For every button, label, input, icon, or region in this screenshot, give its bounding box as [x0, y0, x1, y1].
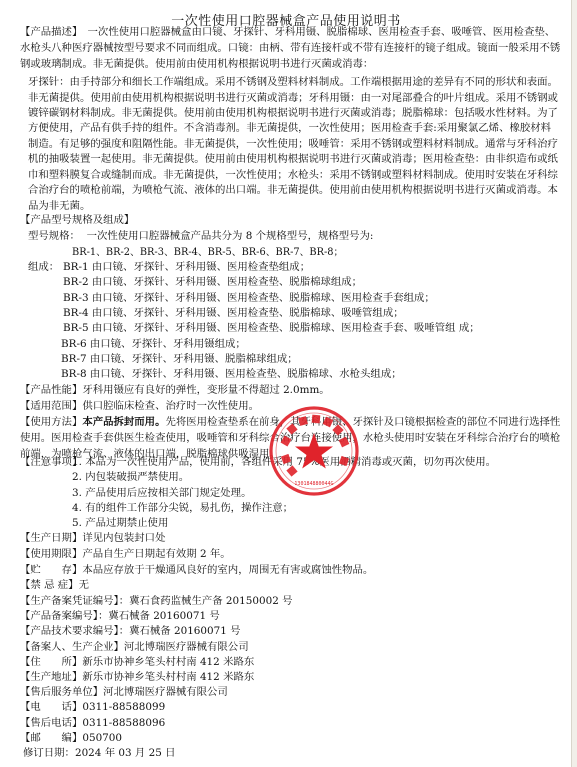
info-label: 【生产地址】: [20, 671, 82, 683]
info-row-tech-requirements: 【产品技术要求编号】：冀石械备 20160071 号: [20, 624, 241, 639]
info-row-phone: 【电 话】0311-88588099: [20, 700, 165, 715]
performance-row: 【产品性能】牙科用镊应有良好的弹性，变形量不得超过 2.0mm。: [20, 383, 330, 398]
composition-label: 组成：: [28, 260, 59, 275]
info-value: 新乐市协神乡笔头村村南 412 米路东: [82, 656, 254, 668]
composition-br6: BR-6 由口镜、牙探针、牙科用镊组成；: [61, 337, 246, 352]
description-line-2: 钢或玻璃制成。非无菌提供。使用前由使用机构根据说明书进行灭菌或消毒：: [20, 57, 373, 72]
info-label: 【售后服务单位】: [20, 686, 103, 698]
performance-text: 牙科用镊应有良好的弹性，变形量不得超过 2.0mm。: [82, 384, 329, 396]
info-label: 【备案人、生产企业】: [20, 641, 124, 653]
composition-br7: BR-7 由口镜、牙探针、牙科用镊、脱脂棉球组成；: [61, 352, 298, 367]
description-line-3: 牙探针：由手持部分和细长工作端组成。采用不锈钢及塑料材料制成。工作端根据用途的差…: [28, 75, 558, 90]
composition-br8: BR-8 由口镜、牙探针、牙科用镊、医用检查垫、脱脂棉球、水枪头组成；: [61, 367, 402, 382]
description-line-1: 水枪头八种医疗器械按型号要求不同而组成。口镜：由柄、带有连接杆或不带有连接杆的镜…: [20, 41, 560, 56]
info-value: 无: [79, 579, 89, 591]
description-text: 一次性使用口腔器械盒由口镜、牙探针、牙科用镊、脱脂棉球、医用检查手套、吸唾管、医…: [77, 26, 555, 38]
composition-br1: BR-1 由口镜、牙探针、牙科用镊、医用检查垫组成；: [63, 260, 310, 275]
info-value: 0311-88588096: [82, 717, 165, 729]
info-value: 050700: [82, 732, 122, 744]
scope-row: 【适用范围】供口腔临床检查、治疗时一次性使用。: [20, 399, 259, 414]
description-line-7: 制造。有足够的强度和阻隔性能。非无菌提供，一次性使用；吸唾管：采用不锈钢或塑料材…: [28, 137, 558, 152]
scope-text: 供口腔临床检查、治疗时一次性使用。: [82, 400, 259, 412]
company-seal-icon: 130184880044G: [268, 405, 360, 497]
description-line-9: 巾和塑料膜复合或缝制而成。非无菌提供，一次性使用；水枪头：采用不锈钢或塑料材料制…: [28, 168, 558, 183]
info-row-residence: 【住 所】新乐市协神乡笔头村村南 412 米路东: [20, 655, 254, 670]
composition-br3: BR-3 由口镜、牙探针、牙科用镊、医用检查垫、脱脂棉球、医用检查手套组成；: [63, 291, 435, 306]
info-label: 【电 话】: [20, 701, 82, 713]
info-label: 【使用期限】: [20, 548, 82, 560]
scope-label: 【适用范围】: [20, 400, 82, 412]
info-row-after-sales-unit: 【售后服务单位】河北博瑞医疗器械有限公司: [20, 685, 228, 700]
info-row-production-date: 【生产日期】详见内包装封口处: [20, 531, 165, 546]
description-label: 【产品描述】: [20, 26, 77, 38]
description-line-0: 【产品描述】 一次性使用口腔器械盒由口镜、牙探针、牙科用镊、脱脂棉球、医用检查手…: [20, 25, 555, 40]
precaution-5: 5. 产品过期禁止使用: [72, 516, 168, 531]
model-list: BR-1、BR-2、BR-3、BR-4、BR-5、BR-6、BR-7、BR-8；: [72, 245, 343, 260]
info-label: 【生产备案凭证编号】: [20, 595, 119, 607]
usage-label: 【使用方法】: [20, 416, 82, 428]
description-line-5: 镀锌碳钢材料制成。非无菌提供。使用前由使用机构根据说明书进行灭菌或消毒；脱脂棉球…: [28, 106, 558, 121]
info-row-after-sales-phone: 【售后电话】0311-88588096: [20, 716, 165, 731]
info-row-storage: 【贮 存】本品应存放于干燥通风良好的室内，周围无有害或腐蚀性物品。: [20, 563, 373, 578]
info-row-postcode: 【邮 编】050700: [20, 731, 122, 746]
description-line-11: 品为非无菌。: [28, 199, 90, 214]
info-label: 【产品备案编号】: [20, 610, 98, 622]
revision-date: 修订日期：2024 年 03 月 25 日: [23, 746, 176, 761]
info-row-production-record: 【生产备案凭证编号】：冀石食药监械生产备 20150002 号: [20, 594, 293, 609]
info-row-production-address: 【生产地址】新乐市协神乡笔头村村南 412 米路东: [20, 670, 254, 685]
precaution-3: 3. 产品使用后应按相关部门规定处理。: [72, 486, 251, 501]
composition-br2: BR-2 由口镜、牙探针、牙科用镊、医用检查垫、脱脂棉球组成；: [63, 275, 362, 290]
page-edge-scrollbar[interactable]: [571, 0, 577, 767]
info-row-manufacturer: 【备案人、生产企业】河北博瑞医疗器械有限公司: [20, 640, 249, 655]
info-label: 【贮 存】: [20, 564, 82, 576]
spec-text: 一次性使用口腔器械盒产品共分为 8 个规格型号，规格型号为:: [87, 230, 374, 242]
info-value: 产品自生产日期起有效期 2 年。: [82, 548, 230, 560]
info-value: 详见内包装封口处: [82, 532, 165, 544]
performance-label: 【产品性能】: [20, 384, 82, 396]
document-page: 一次性使用口腔器械盒产品使用说明书 【产品描述】 一次性使用口腔器械盒由口镜、牙…: [0, 0, 572, 767]
usage-bold: 本产品拆封而用。: [82, 416, 165, 428]
info-label: 【住 所】: [20, 656, 82, 668]
info-value: 0311-88588099: [82, 701, 165, 713]
info-value: 新乐市协神乡笔头村村南 412 米路东: [82, 671, 254, 683]
description-line-6: 方便使用，产品有供手持的组件。不含消毒剂。非无菌提供，一次性使用；医用检查手套:…: [28, 121, 551, 136]
info-label: 【产品技术要求编号】: [20, 625, 119, 637]
info-row-product-record: 【产品备案编号】：冀石械备 20160071 号: [20, 609, 220, 624]
seal-code: 130184880044G: [294, 481, 333, 487]
info-value: ：冀石食药监械生产备 20150002 号: [119, 595, 293, 607]
info-value: 河北博瑞医疗器械有限公司: [124, 641, 249, 653]
info-value: 河北博瑞医疗器械有限公司: [103, 686, 228, 698]
info-value: 本品应存放于干燥通风良好的室内，周围无有害或腐蚀性物品。: [82, 564, 373, 576]
spec-line: 型号规格： 一次性使用口腔器械盒产品共分为 8 个规格型号，规格型号为:: [28, 229, 373, 244]
description-line-4: 非无菌提供。使用前由使用机构根据说明书进行灭菌或消毒；牙科用镊：由一对尾部叠合的…: [28, 91, 558, 106]
info-value: ：冀石械备 20160071 号: [119, 625, 241, 637]
precaution-4: 4. 有的组件工作部分尖锐，易扎伤，操作注意；: [72, 501, 293, 516]
description-line-8: 机的抽吸装置一起使用。非无菌提供。使用前由使用机构根据说明书进行灭菌或消毒；医用…: [28, 152, 558, 167]
info-row-contraindications: 【禁 忌 症】无: [20, 578, 89, 593]
info-label: 【邮 编】: [20, 732, 82, 744]
info-label: 【售后电话】: [20, 717, 82, 729]
info-label: 【禁 忌 症】: [20, 579, 79, 591]
usage-text-0: 先将医用检查垫系在前身，其牙科用镊、牙探针及口镜根据检查的部位不同进行选择性: [165, 416, 560, 428]
spec-label: 型号规格：: [28, 230, 80, 242]
composition-br5: BR-5 由口镜、牙探针、牙科用镊、医用检查垫、脱脂棉球、医用检查手套、吸唾管组…: [63, 321, 480, 336]
composition-br4: BR-4 由口镜、牙探针、牙科用镊、医用检查垫、脱脂棉球、吸唾管组成；: [63, 306, 404, 321]
description-line-10: 合治疗台的喷枪前端，为喷枪气流、液体的出口端。非无菌提供。使用前由使用机构根据说…: [28, 183, 558, 198]
models-heading: 【产品型号规格及组成】: [20, 213, 134, 228]
precaution-2: 2. 内包装破损严禁使用。: [72, 470, 189, 485]
info-value: ：冀石械备 20160071 号: [98, 610, 220, 622]
info-row-shelf-life: 【使用期限】产品自生产日期起有效期 2 年。: [20, 547, 231, 562]
info-label: 【生产日期】: [20, 532, 82, 544]
